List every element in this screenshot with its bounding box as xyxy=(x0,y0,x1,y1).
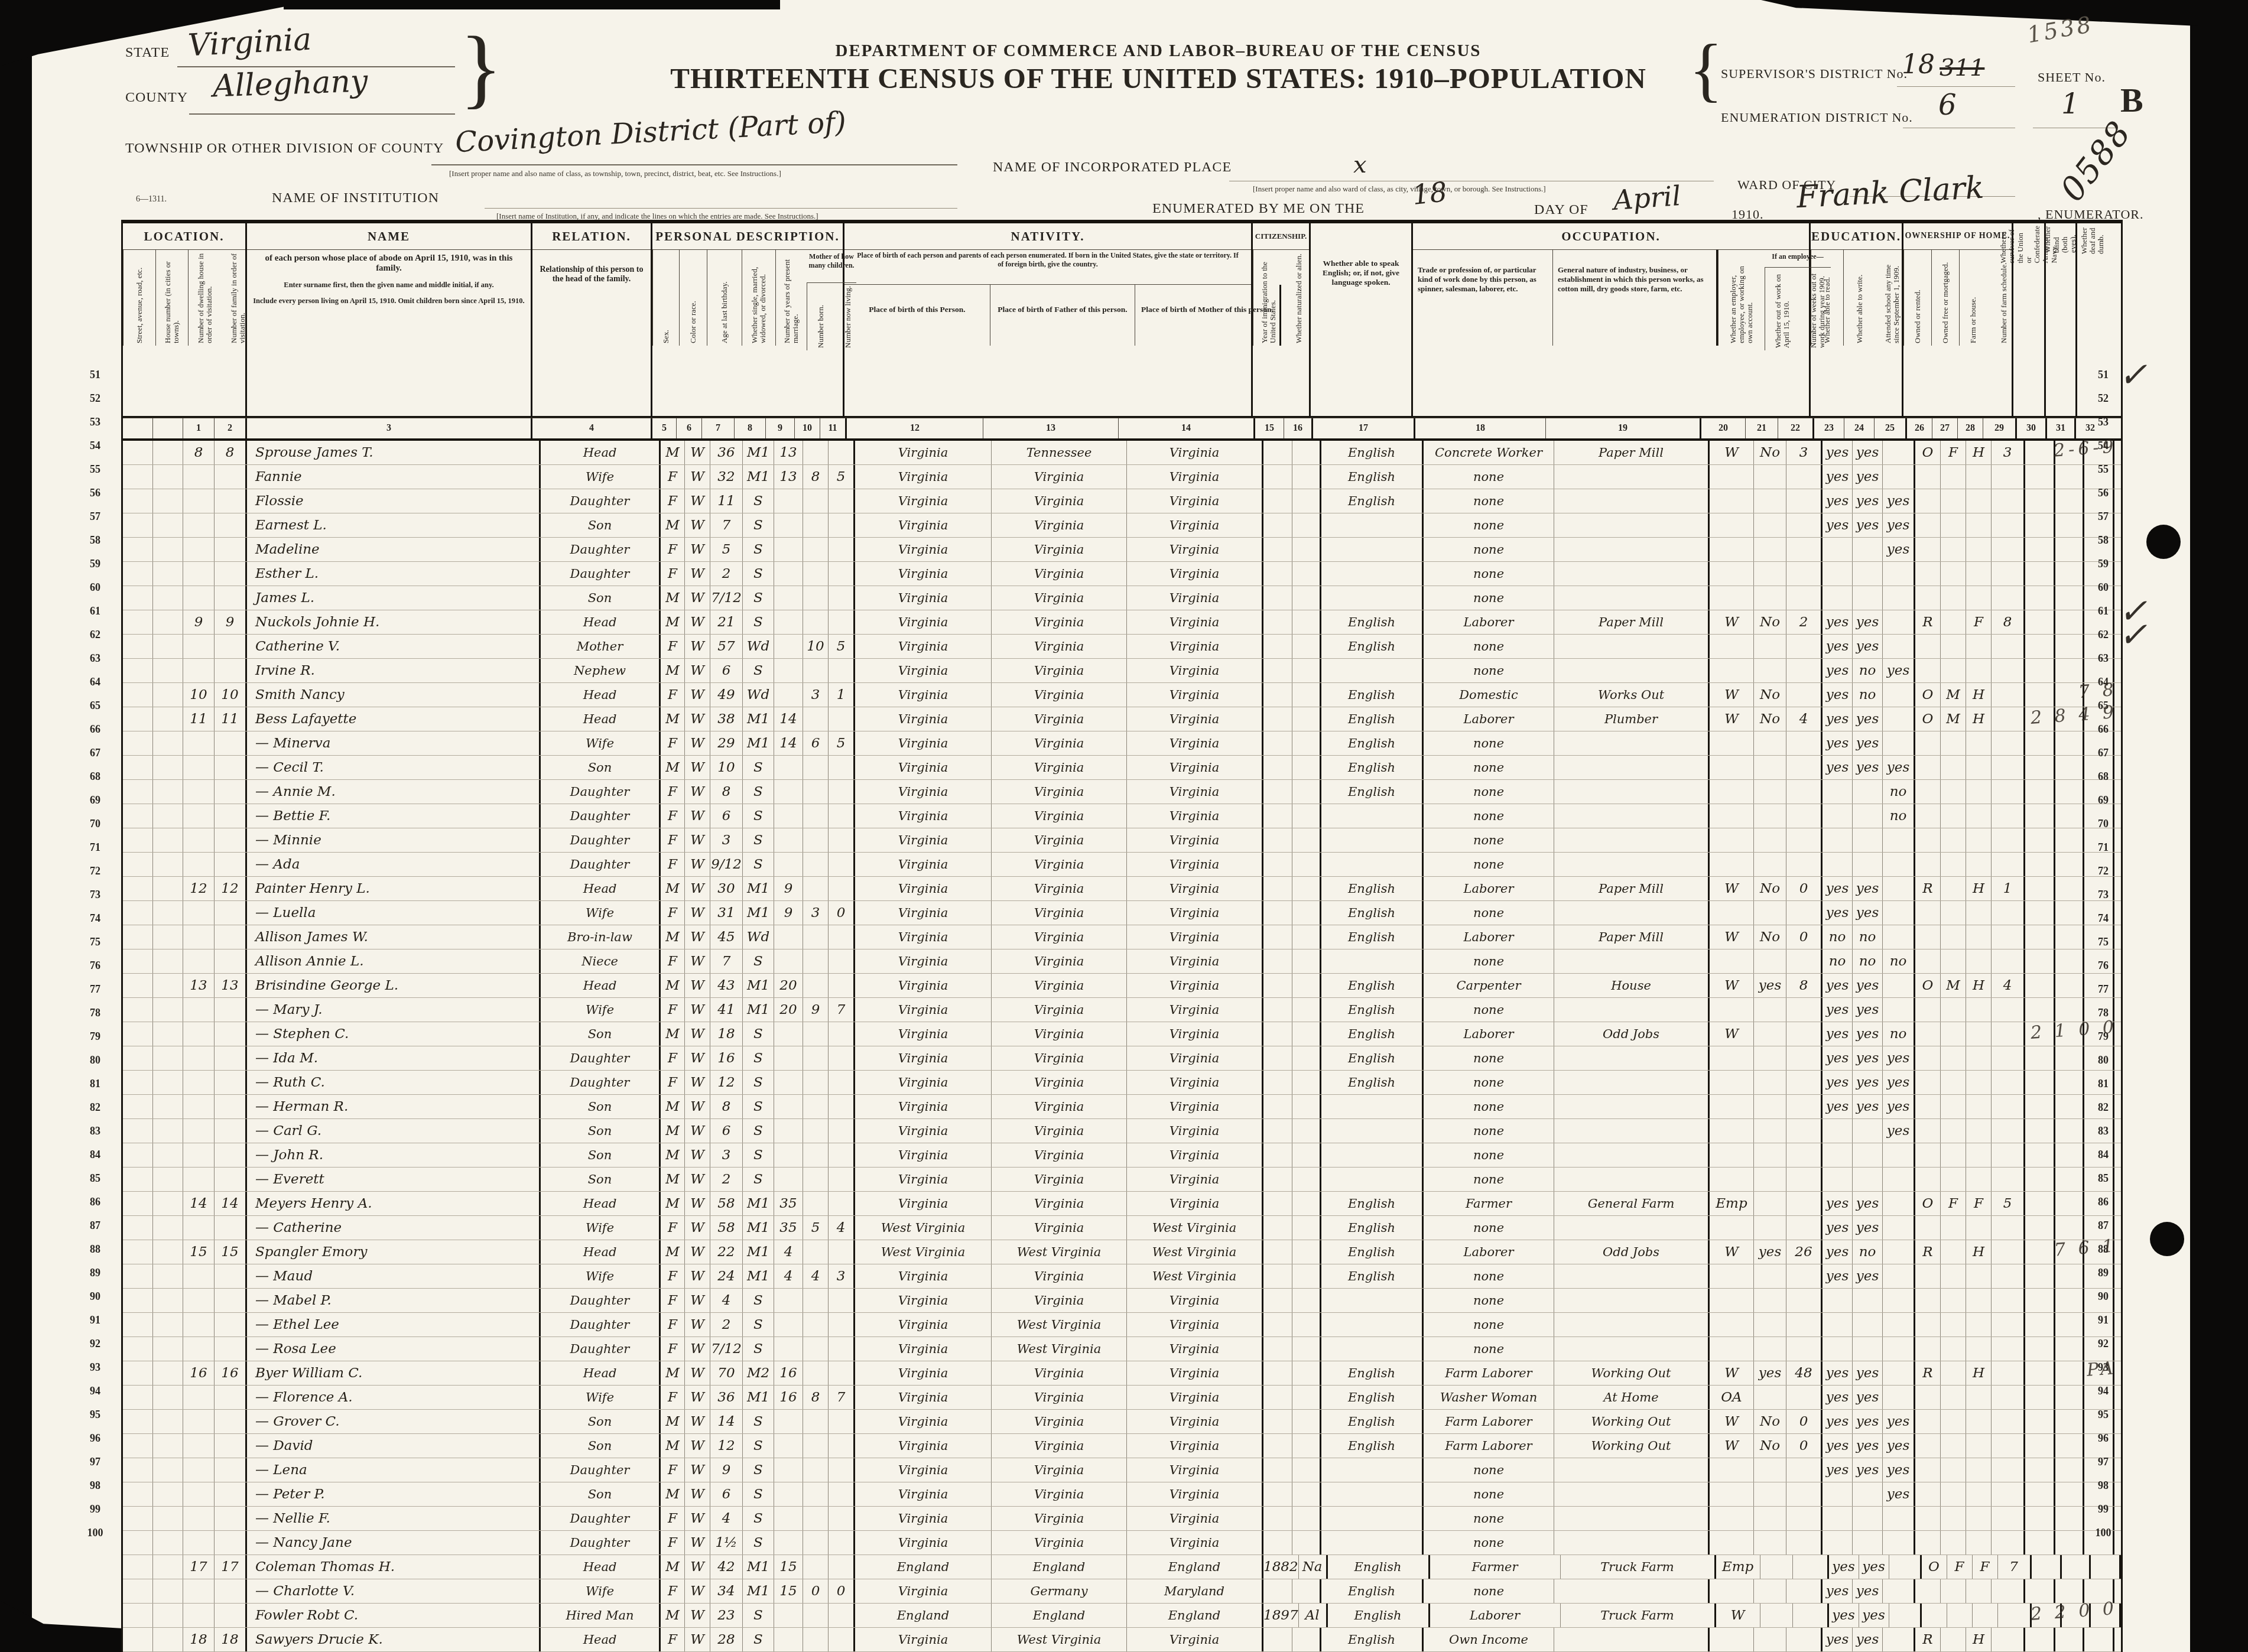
cell-rd: yes xyxy=(1823,1240,1853,1264)
cell-nat xyxy=(1292,707,1321,731)
cell-street xyxy=(123,538,153,561)
cell-pb: Virginia xyxy=(855,1458,992,1482)
cell-nat xyxy=(1292,1313,1321,1336)
cell-mar: S xyxy=(743,1507,774,1530)
cell-blind xyxy=(2055,1264,2084,1288)
cell-pbm: Virginia xyxy=(1127,853,1263,876)
cell-cl: 7 xyxy=(829,998,855,1022)
cell-rd: yes xyxy=(1829,1555,1859,1579)
cell-rd: yes xyxy=(1823,659,1853,682)
column-header-ind: General nature of industry, business, or… xyxy=(1553,250,1718,346)
cell-rd: yes xyxy=(1823,513,1853,537)
cell-blind xyxy=(2055,1337,2084,1361)
cell-imm xyxy=(1263,1168,1292,1191)
group-title-nativity: NATIVITY. xyxy=(844,223,1251,250)
cell-name: — Nancy Jane xyxy=(247,1531,541,1555)
cell-ym xyxy=(774,1434,803,1458)
cell-cl: 0 xyxy=(829,901,855,925)
cell-sex: F xyxy=(661,1458,685,1482)
line-number-right: 92 xyxy=(2085,1338,2121,1350)
cell-rd: yes xyxy=(1823,1410,1853,1433)
cell-trade: none xyxy=(1424,1482,1554,1506)
cell-mar: M1 xyxy=(743,1216,774,1240)
cell-blind xyxy=(2055,1482,2084,1506)
cell-eng: English xyxy=(1321,635,1424,658)
cell-trade: Laborer xyxy=(1430,1604,1561,1627)
cell-name: — Nellie F. xyxy=(247,1507,541,1530)
cell-cb: 10 xyxy=(803,635,829,658)
cell-trade: Carpenter xyxy=(1424,974,1554,997)
cell-pb: Virginia xyxy=(855,804,992,828)
cell-wr xyxy=(1853,562,1883,586)
cell-name: Allison Annie L. xyxy=(247,949,541,973)
cell-dw: 16 xyxy=(183,1361,215,1385)
cell-imm xyxy=(1263,513,1292,537)
cell-own xyxy=(1915,1313,1941,1336)
line-number-right: 68 xyxy=(2085,770,2121,783)
cell-wr xyxy=(1853,1119,1883,1143)
cell-oow xyxy=(1754,1579,1786,1603)
cell-fs xyxy=(1992,804,2025,828)
cell-fam xyxy=(215,780,247,804)
cell-pbm: Virginia xyxy=(1127,998,1263,1022)
cell-ym: 9 xyxy=(774,901,803,925)
cell-pbf: Germany xyxy=(992,1579,1127,1603)
cell-cls xyxy=(1710,1119,1754,1143)
cell-oow xyxy=(1760,1604,1793,1627)
cell-rel: Bro-in-law xyxy=(541,925,661,949)
cell-sex: M xyxy=(661,974,685,997)
cell-dw xyxy=(183,659,215,682)
cell-trade: Farmer xyxy=(1424,1192,1554,1215)
cell-wr: yes xyxy=(1853,1192,1883,1215)
cell-race: W xyxy=(685,1555,710,1579)
cell-fs xyxy=(1992,1216,2025,1240)
cell-fh xyxy=(1966,1579,1992,1603)
cell-oow: yes xyxy=(1754,974,1786,997)
cell-dw xyxy=(183,1458,215,1482)
cell-cb xyxy=(803,925,829,949)
cell-ind xyxy=(1554,1289,1710,1312)
cell-mort: F xyxy=(1941,1192,1966,1215)
cell-dw: 11 xyxy=(183,707,215,731)
cell-dw: 14 xyxy=(183,1192,215,1215)
cell-pbm: Virginia xyxy=(1127,1119,1263,1143)
cell-mar: M1 xyxy=(743,1579,774,1603)
cell-oow: No xyxy=(1754,1410,1786,1433)
cell-pbf: Virginia xyxy=(992,1458,1127,1482)
cell-surv xyxy=(2025,1507,2055,1530)
cell-sch xyxy=(1883,610,1915,634)
line-number-left: 81 xyxy=(77,1078,113,1090)
column-header-fam: Number of family in order of visitation. xyxy=(222,250,255,346)
cell-own xyxy=(1915,465,1941,489)
cell-age: 12 xyxy=(710,1434,743,1458)
line-number-left: 57 xyxy=(77,510,113,523)
line-number-right: 81 xyxy=(2085,1078,2121,1090)
cell-rel: Wife xyxy=(541,901,661,925)
cell-ind xyxy=(1554,465,1710,489)
cell-surv xyxy=(2025,513,2055,537)
cell-rel: Daughter xyxy=(541,1046,661,1070)
cell-pbm: Virginia xyxy=(1127,1313,1263,1336)
cell-pbm: Virginia xyxy=(1127,925,1263,949)
line-number-right: 52 xyxy=(2085,392,2121,405)
cell-surv xyxy=(2025,1337,2055,1361)
cell-name: — Luella xyxy=(247,901,541,925)
cell-age: 4 xyxy=(710,1289,743,1312)
cell-race: W xyxy=(685,804,710,828)
cell-street xyxy=(123,1289,153,1312)
cell-age: 10 xyxy=(710,756,743,779)
cell-wr: no xyxy=(1853,949,1883,973)
cell-trade: Concrete Worker xyxy=(1424,441,1554,464)
cell-own xyxy=(1915,1507,1941,1530)
cell-cl xyxy=(829,1022,855,1046)
cell-ym xyxy=(774,1604,803,1627)
cell-street xyxy=(123,562,153,586)
cell-cl xyxy=(829,853,855,876)
cell-surv xyxy=(2025,562,2055,586)
cell-surv xyxy=(2025,731,2055,755)
cell-fam: 15 xyxy=(215,1240,247,1264)
cell-cb xyxy=(803,441,829,464)
cell-wks: 2 xyxy=(1786,610,1823,634)
cell-house xyxy=(153,949,183,973)
cell-own xyxy=(1915,513,1941,537)
cell-sch xyxy=(1883,1337,1915,1361)
cell-pbm: Maryland xyxy=(1127,1579,1263,1603)
cell-wr: yes xyxy=(1853,901,1883,925)
cell-house xyxy=(153,1313,183,1336)
district-brace: { xyxy=(1689,34,1723,105)
census-row: — MaudWifeFW24M1443VirginiaVirginiaWest … xyxy=(123,1264,2121,1289)
cell-cl: 1 xyxy=(829,683,855,707)
line-number-right: 66 xyxy=(2085,723,2121,736)
cell-house xyxy=(153,465,183,489)
cell-rd: no xyxy=(1823,925,1853,949)
cell-ind xyxy=(1554,1337,1710,1361)
cell-age: 7 xyxy=(710,513,743,537)
cell-wr: yes xyxy=(1853,610,1883,634)
cell-cls xyxy=(1710,1046,1754,1070)
cell-fam xyxy=(215,1531,247,1555)
census-row: — Herman R.SonMW8SVirginiaVirginiaVirgin… xyxy=(123,1095,2121,1119)
cell-pbf: Virginia xyxy=(992,1022,1127,1046)
cell-pbm: Virginia xyxy=(1127,828,1263,852)
cell-oow xyxy=(1754,1628,1786,1651)
cell-nat xyxy=(1292,1143,1321,1167)
cell-age: 32 xyxy=(710,465,743,489)
cell-wks xyxy=(1786,635,1823,658)
cell-age: 6 xyxy=(710,1119,743,1143)
cell-name: Esther L. xyxy=(247,562,541,586)
cell-rd: yes xyxy=(1823,756,1853,779)
cell-surv xyxy=(2025,901,2055,925)
cell-fs xyxy=(1992,1095,2025,1118)
cell-pbm: Virginia xyxy=(1127,1095,1263,1118)
cell-ind: Paper Mill xyxy=(1554,877,1710,900)
cell-pbm: Virginia xyxy=(1127,949,1263,973)
cell-pb: Virginia xyxy=(855,1095,992,1118)
cell-dw xyxy=(183,1095,215,1118)
cell-cls: W xyxy=(1710,925,1754,949)
cell-ind: Odd Jobs xyxy=(1554,1022,1710,1046)
cell-sex: F xyxy=(661,780,685,804)
cell-eng: English xyxy=(1321,925,1424,949)
cell-house xyxy=(153,1240,183,1264)
cell-sex: M xyxy=(661,1604,685,1627)
census-row: 1515Spangler EmoryHeadMW22M14West Virgin… xyxy=(123,1240,2121,1264)
cell-dw: 18 xyxy=(183,1628,215,1651)
cell-dw xyxy=(183,1216,215,1240)
cell-sex: F xyxy=(661,828,685,852)
cell-sex: F xyxy=(661,1216,685,1240)
cell-eng: English xyxy=(1321,974,1424,997)
cell-dw xyxy=(183,804,215,828)
cell-age: 58 xyxy=(710,1192,743,1215)
line-number-right: 100 xyxy=(2085,1527,2121,1539)
cell-trade: none xyxy=(1424,1531,1554,1555)
cell-house xyxy=(153,1143,183,1167)
cell-trade: none xyxy=(1424,901,1554,925)
cell-ind xyxy=(1554,659,1710,682)
cell-dw xyxy=(183,1046,215,1070)
census-row: — LuellaWifeFW31M1930VirginiaVirginiaVir… xyxy=(123,901,2121,925)
cell-fh: H xyxy=(1966,1361,1992,1385)
cell-rd: yes xyxy=(1823,1386,1853,1409)
cell-surv xyxy=(2025,1410,2055,1433)
line-number-left: 71 xyxy=(77,841,113,854)
cell-pbf: Virginia xyxy=(992,1046,1127,1070)
cell-wks: 0 xyxy=(1786,1434,1823,1458)
cell-cl xyxy=(829,586,855,610)
cell-oow: No xyxy=(1754,441,1786,464)
cell-ym xyxy=(774,1095,803,1118)
cell-cls xyxy=(1710,1579,1754,1603)
cell-own xyxy=(1915,1579,1941,1603)
cell-pb: Virginia xyxy=(855,1410,992,1433)
cell-street xyxy=(123,1531,153,1555)
cell-trade: none xyxy=(1424,538,1554,561)
cell-pb: Virginia xyxy=(855,1313,992,1336)
cell-fh: H xyxy=(1966,1628,1992,1651)
cell-surv xyxy=(2025,828,2055,852)
cell-wks xyxy=(1786,538,1823,561)
cell-mar: S xyxy=(743,1095,774,1118)
cell-race: W xyxy=(685,1628,710,1651)
cell-street xyxy=(123,1507,153,1530)
cell-name: Smith Nancy xyxy=(247,683,541,707)
cell-pbf: Virginia xyxy=(992,465,1127,489)
cell-fs xyxy=(1992,562,2025,586)
cell-eng: English xyxy=(1321,1628,1424,1651)
cell-age: 45 xyxy=(710,925,743,949)
cell-nat xyxy=(1292,756,1321,779)
cell-ym: 9 xyxy=(774,877,803,900)
cell-fh xyxy=(1966,1482,1992,1506)
cell-eng: English xyxy=(1321,707,1424,731)
cell-fh xyxy=(1973,1604,1998,1627)
cell-fs xyxy=(1992,635,2025,658)
line-number-left: 94 xyxy=(77,1385,113,1397)
cell-fam xyxy=(215,586,247,610)
group-nativity: NATIVITY.Place of birth of each person a… xyxy=(844,223,1253,416)
cell-rd: yes xyxy=(1823,1095,1853,1118)
cell-blind xyxy=(2055,635,2084,658)
cell-pbm: West Virginia xyxy=(1127,1264,1263,1288)
cell-cl xyxy=(829,489,855,513)
cell-surv xyxy=(2025,1046,2055,1070)
cell-cl xyxy=(829,1507,855,1530)
cell-pb: Virginia xyxy=(855,513,992,537)
census-row: — Ruth C.DaughterFW12SVirginiaVirginiaVi… xyxy=(123,1071,2121,1095)
cell-wr: yes xyxy=(1853,1022,1883,1046)
cell-own: R xyxy=(1915,1628,1941,1651)
column-number-oow: 21 xyxy=(1746,418,1778,438)
cell-pb: Virginia xyxy=(855,1168,992,1191)
column-number-sch: 25 xyxy=(1875,418,1907,438)
cell-cl xyxy=(829,562,855,586)
cell-cb xyxy=(803,756,829,779)
cell-mar: M1 xyxy=(743,1555,774,1579)
cell-mort xyxy=(1941,1071,1966,1094)
nativity-caption: Place of birth of each person and parent… xyxy=(844,250,1251,285)
cell-rel: Daughter xyxy=(541,1313,661,1336)
column-number-ind: 19 xyxy=(1546,418,1701,438)
cell-blind xyxy=(2055,586,2084,610)
cell-nat xyxy=(1292,1410,1321,1433)
column-number-cls: 20 xyxy=(1701,418,1746,438)
cell-pbf: Virginia xyxy=(992,877,1127,900)
cell-race: W xyxy=(685,1264,710,1288)
cell-mort xyxy=(1941,1482,1966,1506)
cell-ym xyxy=(774,949,803,973)
cell-nat xyxy=(1292,925,1321,949)
cell-fh: H xyxy=(1966,1240,1992,1264)
cell-pbm: West Virginia xyxy=(1127,1240,1263,1264)
cell-cb: 9 xyxy=(803,998,829,1022)
cell-street xyxy=(123,1071,153,1094)
cell-dw: 15 xyxy=(183,1240,215,1264)
cell-fh xyxy=(1966,1264,1992,1288)
cell-house xyxy=(153,1022,183,1046)
cell-fam: 17 xyxy=(215,1555,247,1579)
cell-rel: Daughter xyxy=(541,1531,661,1555)
line-number-left: 82 xyxy=(77,1101,113,1114)
cell-ind: Working Out xyxy=(1554,1410,1710,1433)
census-row: — John R.SonMW3SVirginiaVirginiaVirginia… xyxy=(123,1143,2121,1168)
cell-sch: yes xyxy=(1883,538,1915,561)
cell-race: W xyxy=(685,441,710,464)
cell-mort xyxy=(1941,1289,1966,1312)
cell-sch: no xyxy=(1883,804,1915,828)
cell-street xyxy=(123,804,153,828)
cell-eng xyxy=(1321,1482,1424,1506)
column-number-pb: 12 xyxy=(847,418,983,438)
supervisor-district-struck: 311 xyxy=(1940,54,1984,82)
cell-fs xyxy=(1992,586,2025,610)
cell-fs xyxy=(1992,756,2025,779)
cell-fs xyxy=(1992,1168,2025,1191)
cell-cl: 5 xyxy=(829,465,855,489)
cell-trade: Laborer xyxy=(1424,877,1554,900)
line-number-right: 61 xyxy=(2085,605,2121,617)
cell-wr: yes xyxy=(1853,1458,1883,1482)
cell-own xyxy=(1915,901,1941,925)
cell-cl xyxy=(829,1410,855,1433)
cell-surv xyxy=(2025,1434,2055,1458)
cell-blind xyxy=(2055,1531,2084,1555)
column-header-street: Street, avenue, road, etc. xyxy=(123,250,155,346)
cell-fs xyxy=(1992,998,2025,1022)
column-header-cl: Number now living. xyxy=(834,283,862,350)
cell-fh xyxy=(1966,1458,1992,1482)
cell-oow: No xyxy=(1754,925,1786,949)
cell-race: W xyxy=(685,489,710,513)
cell-trade: none xyxy=(1424,1289,1554,1312)
column-number-imm: 15 xyxy=(1255,418,1284,438)
cell-trade: none xyxy=(1424,1337,1554,1361)
cell-cl xyxy=(829,949,855,973)
cell-fs xyxy=(1992,949,2025,973)
cell-mort xyxy=(1941,1264,1966,1288)
cell-ym xyxy=(774,1143,803,1167)
cell-eng: English xyxy=(1321,441,1424,464)
cell-age: 3 xyxy=(710,828,743,852)
cell-fam xyxy=(215,1289,247,1312)
cell-wr: yes xyxy=(1853,1264,1883,1288)
enumeration-district-value: 6 xyxy=(1938,89,1957,122)
cell-mar: S xyxy=(743,1458,774,1482)
cell-pbf: Virginia xyxy=(992,998,1127,1022)
cell-rd xyxy=(1823,804,1853,828)
cell-pb: England xyxy=(855,1604,992,1627)
cell-pb: Virginia xyxy=(855,1507,992,1530)
cell-fh: H xyxy=(1966,441,1992,464)
cell-pbf: England xyxy=(992,1604,1127,1627)
group-location: LOCATION.Street, avenue, road, etc.House… xyxy=(123,223,247,416)
cell-rel: Son xyxy=(541,1119,661,1143)
cell-house xyxy=(153,1604,183,1627)
cell-house xyxy=(153,998,183,1022)
cell-eng xyxy=(1321,659,1424,682)
cell-ym xyxy=(774,562,803,586)
cell-sex: F xyxy=(661,562,685,586)
cell-sex: F xyxy=(661,1046,685,1070)
cell-pbm: Virginia xyxy=(1127,731,1263,755)
cell-cl xyxy=(829,1531,855,1555)
line-number-left: 52 xyxy=(77,392,113,405)
cell-nat xyxy=(1292,828,1321,852)
line-number-left: 55 xyxy=(77,463,113,476)
cell-cls: Emp xyxy=(1716,1555,1760,1579)
cell-fs xyxy=(1992,1022,2025,1046)
cell-cls: W xyxy=(1710,441,1754,464)
cell-trade: none xyxy=(1424,1046,1554,1070)
cell-cls: W xyxy=(1710,610,1754,634)
cell-oow xyxy=(1754,828,1786,852)
group-cols-occupation: Trade or profession of, or particular ki… xyxy=(1413,250,1809,346)
cell-pbf: Virginia xyxy=(992,1119,1127,1143)
cell-surv xyxy=(2025,804,2055,828)
cell-eng: English xyxy=(1321,1240,1424,1264)
cell-ind xyxy=(1554,1458,1710,1482)
cell-eng: English xyxy=(1321,1386,1424,1409)
census-row: — Mabel P.DaughterFW4SVirginiaVirginiaVi… xyxy=(123,1289,2121,1313)
cell-house xyxy=(153,1095,183,1118)
cell-imm xyxy=(1263,1482,1292,1506)
